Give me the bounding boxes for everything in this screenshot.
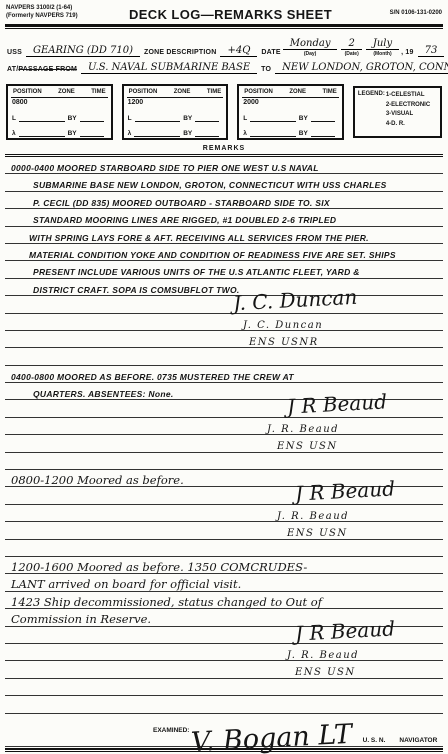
remarks-line: J. C. Duncan (5, 296, 443, 313)
remarks-text: DISTRICT CRAFT. SOPA IS COMSUBFLOT TWO. (33, 285, 240, 295)
remarks-line: J. R. Beaud (5, 418, 443, 435)
position-box-header: POSITION ZONE TIME (127, 88, 224, 98)
remarks-text: ENS USN (287, 528, 348, 539)
handwritten-signature: J R Beaud (295, 623, 395, 638)
remarks-line: J R Beaud (5, 487, 443, 504)
serial-number: S/N 0106-131-0200 (337, 5, 442, 16)
longitude-by-blank (195, 130, 219, 137)
ship-date-line: USS GEARING (DD 710) ZONE DESCRIPTION +4… (5, 38, 443, 57)
latitude-blank (135, 115, 181, 122)
legend-item: 3-VISUAL (386, 110, 430, 120)
remarks-line: 0400-0800 MOORED AS BEFORE. 0735 MUSTERE… (5, 366, 443, 383)
zone-description-label: ZONE DESCRIPTION (144, 49, 216, 57)
deck-log-sheet: NAVPERS 3100/2 (1-64) (Formerly NAVPERS … (0, 0, 448, 754)
remarks-text: 0800-1200 Moored as before. (11, 473, 184, 487)
position-time-value: 0800 (11, 98, 108, 107)
remarks-line (5, 453, 443, 470)
remarks-line: LANT arrived on board for official visit… (5, 574, 443, 591)
to-label: TO (261, 66, 271, 74)
remarks-text: J. R. Beaud (287, 650, 359, 661)
passage-from-struck: PASSAGE FROM (18, 66, 77, 73)
remarks-line (5, 540, 443, 557)
date-day-sublabel: (Day) (304, 50, 317, 57)
form-header: NAVPERS 3100/2 (1-64) (Formerly NAVPERS … (5, 3, 443, 22)
remarks-line: J. R. Beaud (5, 644, 443, 661)
remarks-line: ENS USN (5, 522, 443, 539)
remarks-text: WITH SPRING LAYS FORE & AFT. RECEIVING A… (29, 233, 369, 243)
remarks-text: PRESENT INCLUDE VARIOUS UNITS OF THE U.S… (33, 267, 360, 277)
handwritten-signature: J R Beaud (295, 484, 395, 499)
form-number: NAVPERS 3100/2 (1-64) (Formerly NAVPERS … (6, 5, 124, 20)
remarks-area: 0000-0400 MOORED STARBOARD SIDE TO PIER … (5, 157, 443, 714)
date-month-sublabel: (Month) (373, 50, 391, 57)
position-box-header: POSITION ZONE TIME (242, 88, 339, 98)
remarks-line (5, 679, 443, 696)
remarks-text: 1423 Ship decommissioned, status changed… (11, 595, 322, 609)
date-label: DATE (261, 49, 280, 57)
latitude-row: L BY (127, 115, 224, 122)
remarks-text: J. R. Beaud (277, 511, 349, 522)
remarks-line: ENS USN (5, 435, 443, 452)
remarks-text: 1200-1600 Moored as before. 1350 COMCRUD… (11, 560, 307, 574)
year-value: 73 (418, 45, 445, 57)
remarks-text: LANT arrived on board for official visit… (11, 577, 241, 591)
legend-items: 1-CELESTIAL 2-ELECTRONIC 3-VISUAL 4-D. R… (385, 91, 430, 136)
date-date-value: 2 (341, 38, 361, 50)
remarks-text: ENS USNR (249, 337, 319, 348)
navigator-title: NAVIGATOR (399, 737, 437, 746)
remarks-line: J R Beaud (5, 400, 443, 417)
date-date-sublabel: (Date) (345, 50, 359, 57)
remarks-text: QUARTERS. ABSENTEES: None. (33, 389, 174, 399)
remarks-text: Commission in Reserve. (11, 612, 151, 626)
longitude-by-blank (311, 130, 335, 137)
legend-item: 2-ELECTRONIC (386, 101, 430, 111)
remarks-line: 1423 Ship decommissioned, status changed… (5, 592, 443, 609)
examined-row: EXAMINED: V. Bogan LT U. S. N. NAVIGATOR (5, 714, 443, 747)
remarks-line: STANDARD MOORING LINES ARE RIGGED, #1 DO… (5, 209, 443, 226)
date-month-value: July (366, 38, 399, 50)
ship-name-value: GEARING (DD 710) (26, 45, 140, 57)
zone-description-value: +4Q (220, 45, 257, 57)
remarks-line: ENS USNR (5, 331, 443, 348)
date-day-stack: Monday (Day) (283, 38, 338, 57)
longitude-blank (19, 130, 65, 137)
remarks-line: J. R. Beaud (5, 505, 443, 522)
to-location-value: NEW LONDON, GROTON, CONNECTICUT (275, 62, 448, 74)
page-title: DECK LOG—REMARKS SHEET (124, 5, 337, 22)
remarks-line: ENS USN (5, 661, 443, 678)
position-box-1200: POSITION ZONE TIME 1200 L BY λ BY (122, 84, 229, 140)
at-location-value: U.S. NAVAL SUBMARINE BASE (81, 62, 257, 74)
remarks-text: J. C. Duncan (243, 320, 323, 331)
remarks-text: MATERIAL CONDITION YOKE AND CONDITION OF… (29, 250, 396, 260)
legend-item: 4-D. R. (386, 120, 430, 130)
year-label: , 19 (401, 49, 413, 57)
at-passage-label: AT/PASSAGE FROM (7, 66, 77, 74)
remarks-line: DISTRICT CRAFT. SOPA IS COMSUBFLOT TWO. (5, 279, 443, 296)
examined-label: EXAMINED: (153, 727, 189, 734)
longitude-row: λ BY (127, 130, 224, 137)
remarks-line: MATERIAL CONDITION YOKE AND CONDITION OF… (5, 244, 443, 261)
remarks-text: STANDARD MOORING LINES ARE RIGGED, #1 DO… (33, 215, 336, 225)
position-box-2000: POSITION ZONE TIME 2000 L BY λ BY (237, 84, 344, 140)
longitude-blank (250, 130, 296, 137)
position-box-header: POSITION ZONE TIME (11, 88, 108, 98)
form-number-line1: NAVPERS 3100/2 (1-64) (6, 5, 124, 13)
handwritten-signature: J R Beaud (287, 397, 387, 412)
latitude-by-blank (195, 115, 219, 122)
remarks-text: J. R. Beaud (267, 424, 339, 435)
header-rule (5, 24, 443, 29)
remarks-line: P. CECIL (DD 835) MOORED OUTBOARD - STAR… (5, 192, 443, 209)
latitude-blank (19, 115, 65, 122)
remarks-line: PRESENT INCLUDE VARIOUS UNITS OF THE U.S… (5, 261, 443, 278)
legend-box: LEGEND: 1-CELESTIAL 2-ELECTRONIC 3-VISUA… (353, 86, 442, 138)
remarks-line: WITH SPRING LAYS FORE & AFT. RECEIVING A… (5, 227, 443, 244)
form-number-line2: (Formerly NAVPERS 719) (6, 13, 124, 21)
longitude-by-blank (80, 130, 104, 137)
date-date-stack: 2 (Date) (341, 38, 361, 57)
longitude-row: λ BY (11, 130, 108, 137)
date-month-stack: July (Month) (366, 38, 399, 57)
date-day-value: Monday (283, 38, 338, 50)
legend-item: 1-CELESTIAL (386, 91, 430, 101)
position-box-0800: POSITION ZONE TIME 0800 L BY λ BY (6, 84, 113, 140)
remarks-text: ENS USN (295, 667, 356, 678)
latitude-by-blank (311, 115, 335, 122)
remarks-line: J. C. Duncan (5, 314, 443, 331)
position-time-value: 2000 (242, 98, 339, 107)
position-boxes-row: POSITION ZONE TIME 0800 L BY λ BY POSITI… (5, 84, 443, 140)
remarks-text: 0000-0400 MOORED STARBOARD SIDE TO PIER … (11, 163, 319, 173)
remarks-text: ENS USN (277, 441, 338, 452)
remarks-header: REMARKS (5, 145, 443, 152)
legend-label: LEGEND: (358, 91, 385, 136)
position-time-value: 1200 (127, 98, 224, 107)
remarks-line (5, 696, 443, 713)
remarks-line: SUBMARINE BASE NEW LONDON, GROTON, CONNE… (5, 174, 443, 191)
remarks-text: 0400-0800 MOORED AS BEFORE. 0735 MUSTERE… (11, 372, 294, 382)
remarks-text: P. CECIL (DD 835) MOORED OUTBOARD - STAR… (33, 198, 330, 208)
longitude-row: λ BY (242, 130, 339, 137)
remarks-line: 0000-0400 MOORED STARBOARD SIDE TO PIER … (5, 157, 443, 174)
navigator-signature: V. Bogan LT (191, 725, 353, 751)
latitude-by-blank (80, 115, 104, 122)
location-line: AT/PASSAGE FROM U.S. NAVAL SUBMARINE BAS… (5, 62, 443, 74)
remarks-line: 1200-1600 Moored as before. 1350 COMCRUD… (5, 557, 443, 574)
longitude-blank (134, 130, 180, 137)
uss-label: USS (7, 49, 22, 57)
latitude-row: L BY (11, 115, 108, 122)
remarks-text: SUBMARINE BASE NEW LONDON, GROTON, CONNE… (33, 180, 387, 190)
navigator-rank: U. S. N. (363, 737, 386, 746)
remarks-line: J R Beaud (5, 627, 443, 644)
handwritten-signature: J. C. Duncan (233, 292, 358, 308)
remarks-line (5, 348, 443, 365)
latitude-blank (250, 115, 296, 122)
latitude-row: L BY (242, 115, 339, 122)
